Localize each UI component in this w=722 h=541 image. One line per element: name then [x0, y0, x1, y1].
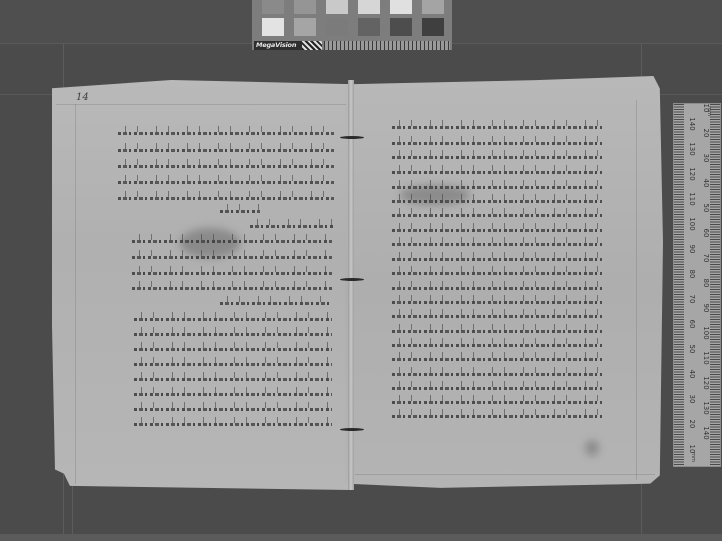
ruler-label: 50: [688, 339, 696, 359]
ruler-label: 20: [702, 123, 710, 143]
color-swatch: [294, 0, 316, 14]
ruler-label: 110: [688, 189, 696, 209]
ruler-label: 60: [702, 223, 710, 243]
ruler-label: 140: [702, 423, 710, 443]
ruler-label: 130: [688, 139, 696, 159]
ruler-label: 80: [702, 273, 710, 293]
ruler-label: 80: [688, 264, 696, 284]
color-swatch: [422, 0, 444, 14]
checker-pattern-icon: [302, 41, 322, 50]
ruler-ticks: [674, 104, 684, 466]
ruler-label: 110: [702, 348, 710, 368]
ruler-ticks: [710, 104, 720, 466]
color-swatch: [358, 18, 380, 36]
page-ruling: [75, 104, 76, 484]
ruler-label: 40: [702, 173, 710, 193]
ruler-label: 120: [688, 164, 696, 184]
binding-stitch: [340, 136, 364, 139]
ruler-label: 50: [702, 198, 710, 218]
ruler-label: 70: [688, 289, 696, 309]
ruler-label: 20: [688, 414, 696, 434]
ink-blot: [585, 440, 599, 456]
ruler-unit-label: mm: [706, 106, 712, 116]
color-swatch: [390, 0, 412, 14]
ruler-label: 40: [688, 364, 696, 384]
ruler-label: 100: [688, 214, 696, 234]
ruler-label: 60: [688, 314, 696, 334]
ruler-label: 140: [688, 114, 696, 134]
ruler-label: 30: [702, 148, 710, 168]
binding-stitch: [340, 278, 364, 281]
folio-number: 14: [76, 92, 89, 103]
color-swatch: [358, 0, 380, 14]
ruler-label: 90: [702, 298, 710, 318]
color-swatch: [326, 0, 348, 14]
ruler-label: 30: [688, 389, 696, 409]
color-swatch: [262, 0, 284, 14]
ruler-label: 120: [702, 373, 710, 393]
ruler-label: 100: [702, 323, 710, 343]
target-mini-scale: [324, 41, 450, 50]
color-swatch: [262, 18, 284, 36]
color-swatch: [326, 18, 348, 36]
page-ruling: [355, 474, 655, 475]
ruler-label: 90: [688, 239, 696, 259]
page-ruling: [636, 100, 637, 480]
binding-stitch: [340, 428, 364, 431]
measurement-scale-ruler: 140 130 120 110 100 90 80 70 60 50 40 30…: [673, 103, 721, 467]
page-ruling: [56, 104, 346, 105]
color-swatch: [294, 18, 316, 36]
color-calibration-target: MegaVision: [252, 0, 452, 50]
color-swatch: [422, 18, 444, 36]
ruler-label: 130: [702, 398, 710, 418]
backdrop-bottom-band: [0, 534, 722, 541]
color-swatch: [390, 18, 412, 36]
ruler-label: 70: [702, 248, 710, 268]
ruler-unit-label: mm: [690, 452, 696, 462]
